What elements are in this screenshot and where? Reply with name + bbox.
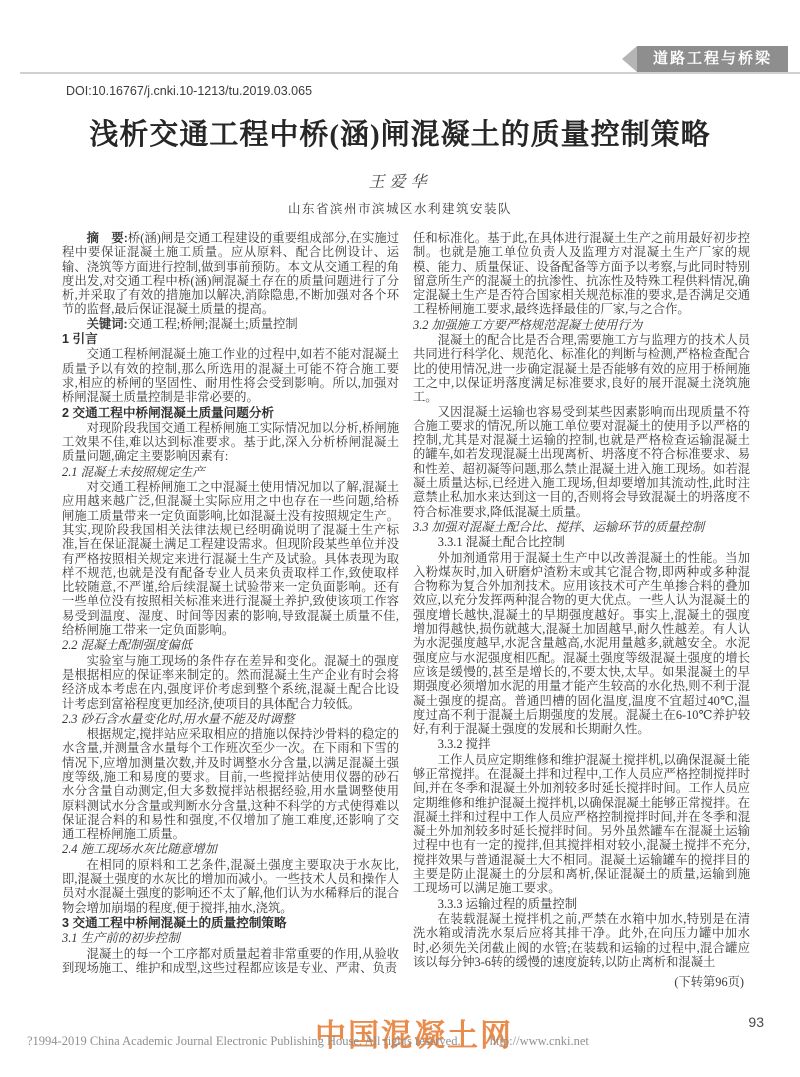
continuation-note: (下转第96页) xyxy=(413,975,750,989)
subsection-heading: 2.3 砂石含水量变化时,用水量不能及时调整 xyxy=(62,712,399,726)
keywords-line: 关键词:交通工程;桥闸;混凝土;质量控制 xyxy=(62,317,399,331)
doi-text: DOI:10.16767/j.cnki.10-1213/tu.2019.03.0… xyxy=(66,84,312,98)
subsubsection-heading: 3.3.2 搅拌 xyxy=(413,737,750,751)
section-banner: 道路工程与桥梁 xyxy=(637,46,788,72)
paragraph-continued: 任和标准化。基于此,在具体进行混凝土生产之前用最好初步控制。也就是施工单位负责人… xyxy=(413,231,750,317)
copyright-text: ?1994-2019 China Academic Journal Electr… xyxy=(27,1034,461,1048)
abstract-label: 摘 要: xyxy=(87,231,128,245)
subsection-heading: 2.1 混凝土未按照规定生产 xyxy=(62,465,399,479)
section-banner-label: 道路工程与桥梁 xyxy=(653,50,772,67)
author-affiliation: 山东省滨州市滨城区水利建筑安装队 xyxy=(0,199,800,217)
banner-arrow-icon xyxy=(622,46,637,72)
article-body: 摘 要:桥(涵)闸是交通工程建设的重要组成部分,在实施过程中要保证混凝土施工质量… xyxy=(62,231,750,989)
paragraph: 混凝土的每一个工序都对质量起着非常重要的作用,从验收到现场施工、维护和成型,这些… xyxy=(62,947,399,976)
paragraph: 根据规定,搅拌站应采取相应的措施以保持沙骨料的稳定的水含量,并测量含水量每个工作… xyxy=(62,727,399,841)
paragraph: 在装载混凝土搅拌机之前,严禁在水箱中加水,特别是在清洗水箱或清洗水泵后应将其排干… xyxy=(413,912,750,969)
subsection-heading: 3.2 加强施工方要严格规范混凝土使用行为 xyxy=(413,318,750,332)
subsubsection-heading: 3.3.1 混凝土配合比控制 xyxy=(413,535,750,549)
author-name: 王爱华 xyxy=(0,169,800,192)
abstract-paragraph: 摘 要:桥(涵)闸是交通工程建设的重要组成部分,在实施过程中要保证混凝土施工质量… xyxy=(62,231,399,317)
page-number: 93 xyxy=(748,1014,764,1030)
right-column: 任和标准化。基于此,在具体进行混凝土生产之前用最好初步控制。也就是施工单位负责人… xyxy=(413,231,750,989)
paragraph: 在相同的原料和工艺条件,混凝土强度主要取决于水灰比,即,混凝土强度的水灰比的增加… xyxy=(62,858,399,915)
paragraph: 交通工程桥闸混凝土施工作业的过程中,如若不能对混凝土质量予以有效的控制,那么所选… xyxy=(62,347,399,404)
subsection-heading: 3.1 生产前的初步控制 xyxy=(62,931,399,945)
subsection-heading: 2.2 混凝土配制强度偏低 xyxy=(62,638,399,652)
section-heading: 3 交通工程中桥闸混凝土的质量控制策略 xyxy=(62,916,399,930)
paragraph: 对交通工程桥闸施工之中混凝土使用情况加以了解,混凝土应用越来越广泛,但混凝土实际… xyxy=(62,480,399,637)
paragraph: 又因混凝土运输也容易受到某些因素影响而出现质量不符合施工要求的情况,所以施工单位… xyxy=(413,405,750,519)
paragraph: 工作人员应定期维修和维护混凝土搅拌机,以确保混凝土能够正常搅拌。在混凝土拌和过程… xyxy=(413,753,750,896)
subsubsection-heading: 3.3.3 运输过程的质量控制 xyxy=(413,897,750,911)
keywords-label: 关键词: xyxy=(87,317,128,331)
cnki-url: http://www.cnki.net xyxy=(490,1034,589,1048)
section-heading: 2 交通工程中桥闸混凝土质量问题分析 xyxy=(62,406,399,420)
header-rule xyxy=(20,72,800,74)
paragraph: 对现阶段我国交通工程桥闸施工实际情况加以分析,桥闸施工效果不佳,难以达到标准要求… xyxy=(62,421,399,464)
subsection-heading: 2.4 施工现场水灰比随意增加 xyxy=(62,842,399,856)
copyright-line: ?1994-2019 China Academic Journal Electr… xyxy=(27,1034,589,1049)
page-title: 浅析交通工程中桥(涵)闸混凝土的质量控制策略 xyxy=(0,112,800,153)
paragraph: 外加剂通常用于混凝土生产中以改善混凝土的性能。当加入粉煤灰时,加入研磨炉渣粉末或… xyxy=(413,551,750,737)
paragraph: 混凝土的配合比是否合理,需要施工方与监理方的技术人员共同进行科学化、规范化、标准… xyxy=(413,333,750,404)
paragraph: 实验室与施工现场的条件存在差异和变化。混凝土的强度是根据相应的保证率来制定的。然… xyxy=(62,654,399,711)
subsection-heading: 3.3 加强对混凝土配合比、搅拌、运输环节的质量控制 xyxy=(413,520,750,534)
left-column: 摘 要:桥(涵)闸是交通工程建设的重要组成部分,在实施过程中要保证混凝土施工质量… xyxy=(62,231,399,989)
section-heading: 1 引言 xyxy=(62,332,399,346)
